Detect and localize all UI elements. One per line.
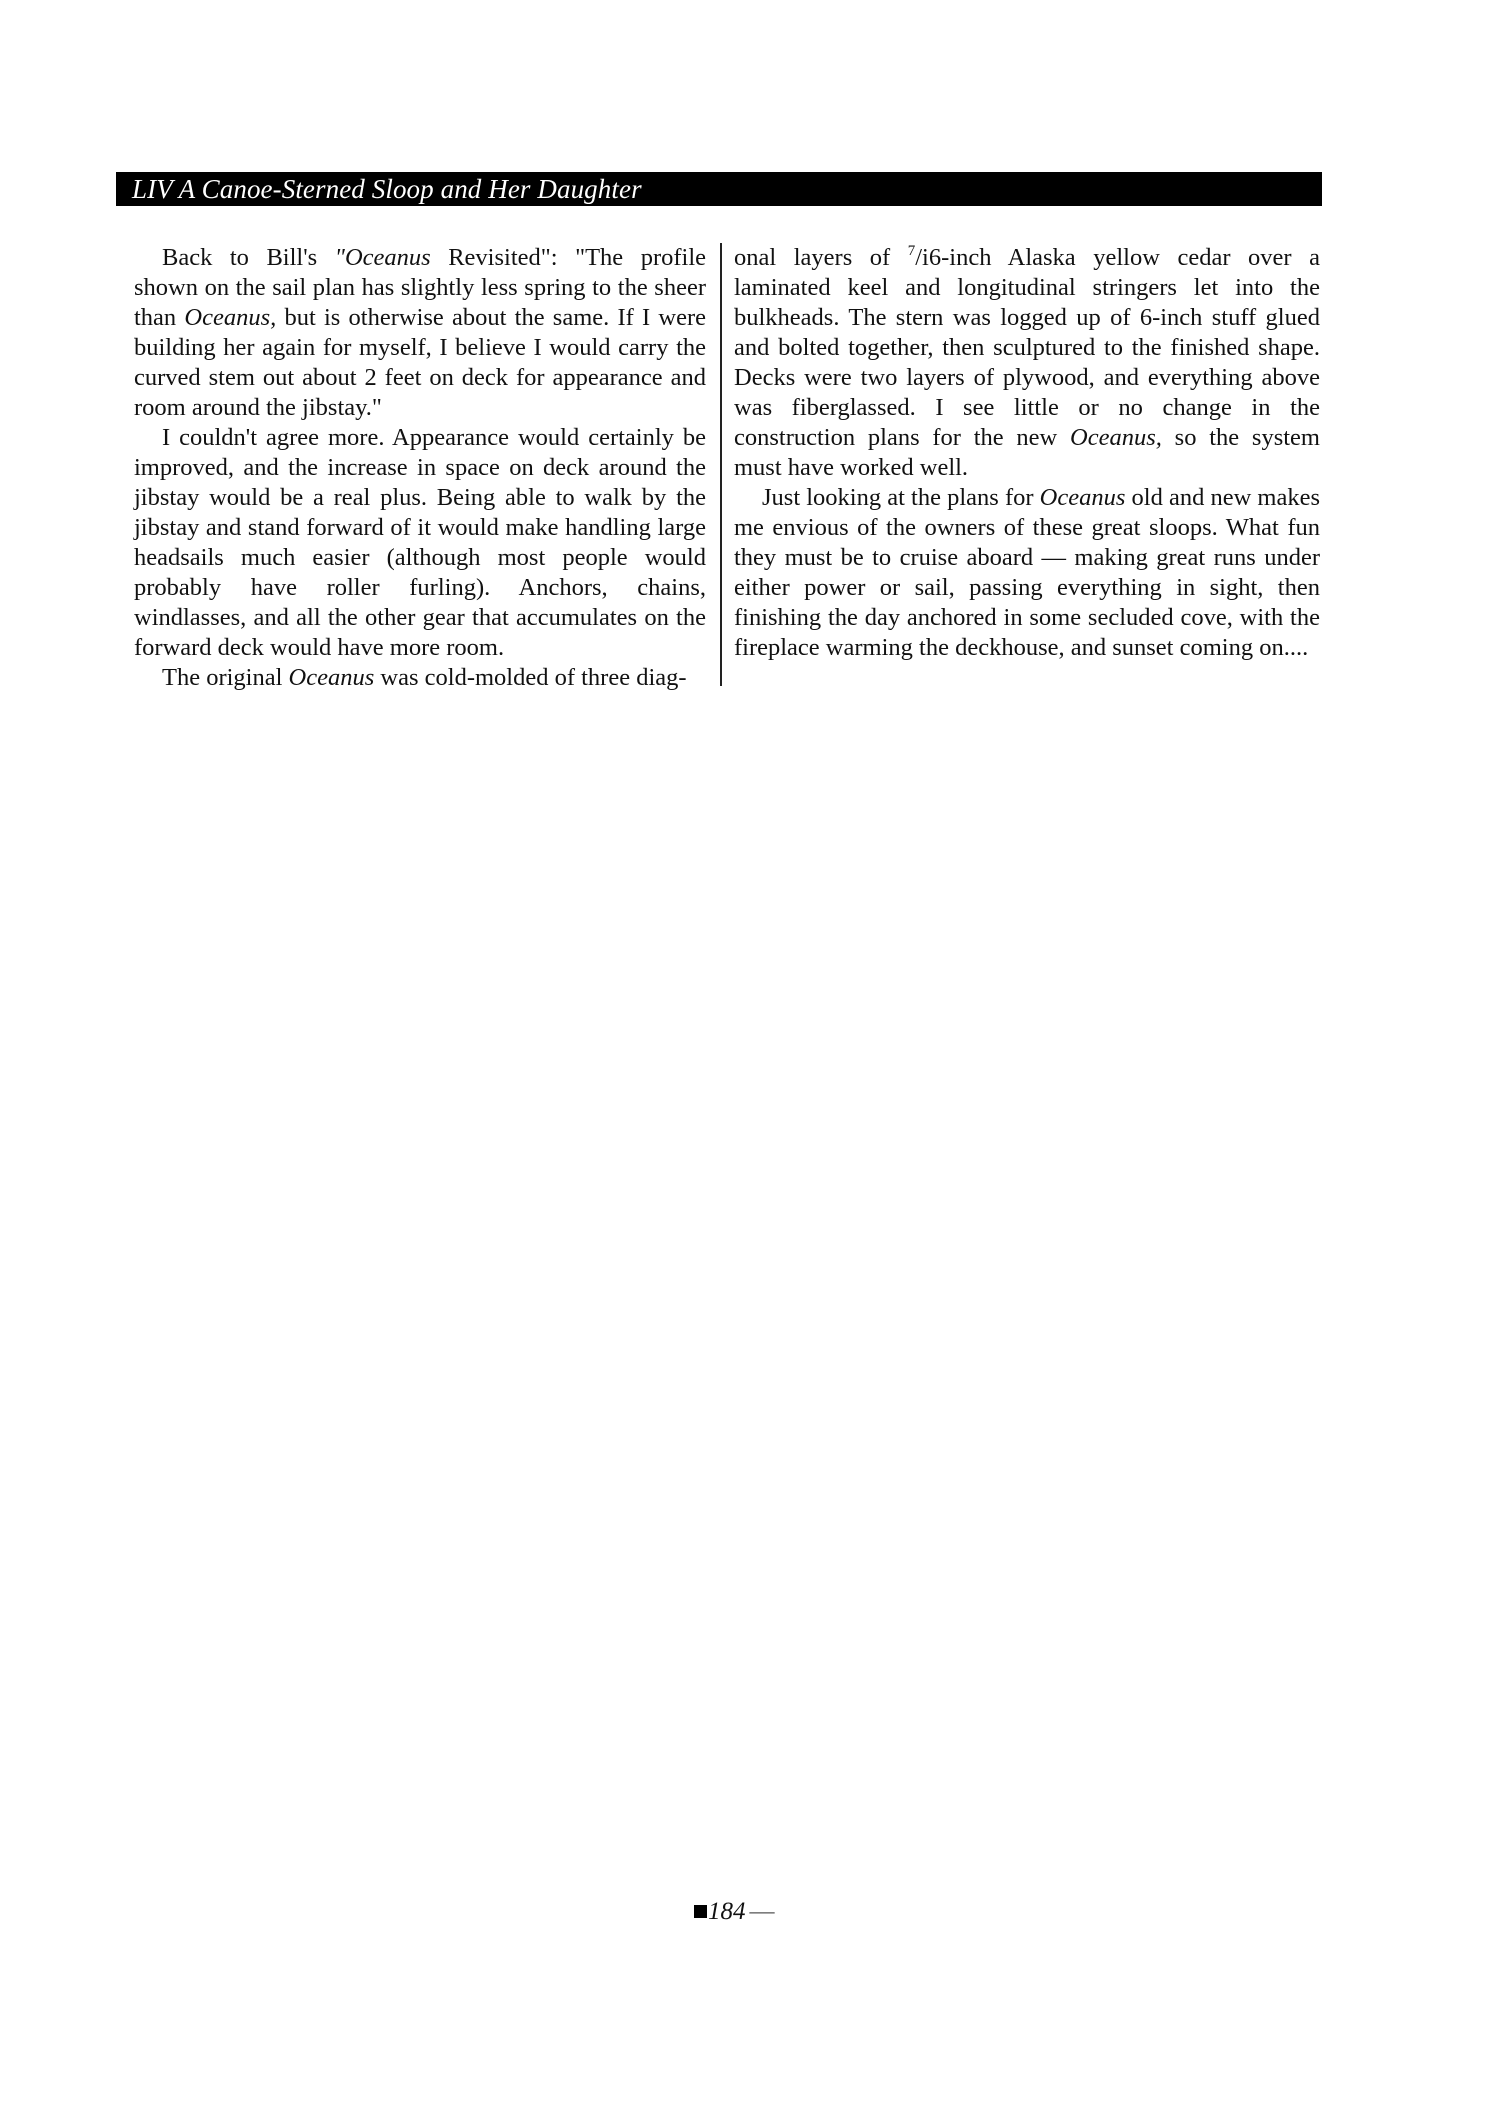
paragraph-3-continued: onal layers of 7/i6-inch Alaska yellow c… [734,243,1320,483]
italic-boat-name: Oceanus [289,664,375,691]
footer-dash: — [750,1898,775,1925]
paragraph-1: Back to Bill's "Oceanus Revisited": "The… [134,243,706,423]
page-footer: 184— [694,1897,775,1927]
chapter-title: LIV A Canoe-Sterned Sloop and Her Daught… [132,173,642,205]
square-bullet-icon [694,1905,707,1918]
paragraph-2: I couldn't agree more. Appearance would … [134,423,706,663]
page-number: 184 [708,1898,746,1925]
italic-boat-name: Oceanus [1040,484,1126,511]
paragraph-4: Just looking at the plans for Oceanus ol… [734,483,1320,663]
right-column: onal layers of 7/i6-inch Alaska yellow c… [734,243,1320,663]
column-divider [720,243,722,686]
paragraph-3: The original Oceanus was cold-molded of … [134,663,706,693]
italic-boat-name: Oceanus, [184,304,276,331]
chapter-header-bar: LIV A Canoe-Sterned Sloop and Her Daught… [116,172,1322,206]
left-column: Back to Bill's "Oceanus Revisited": "The… [134,243,706,693]
italic-title: "Oceanus [335,244,431,271]
italic-boat-name: Oceanus, [1070,424,1162,451]
